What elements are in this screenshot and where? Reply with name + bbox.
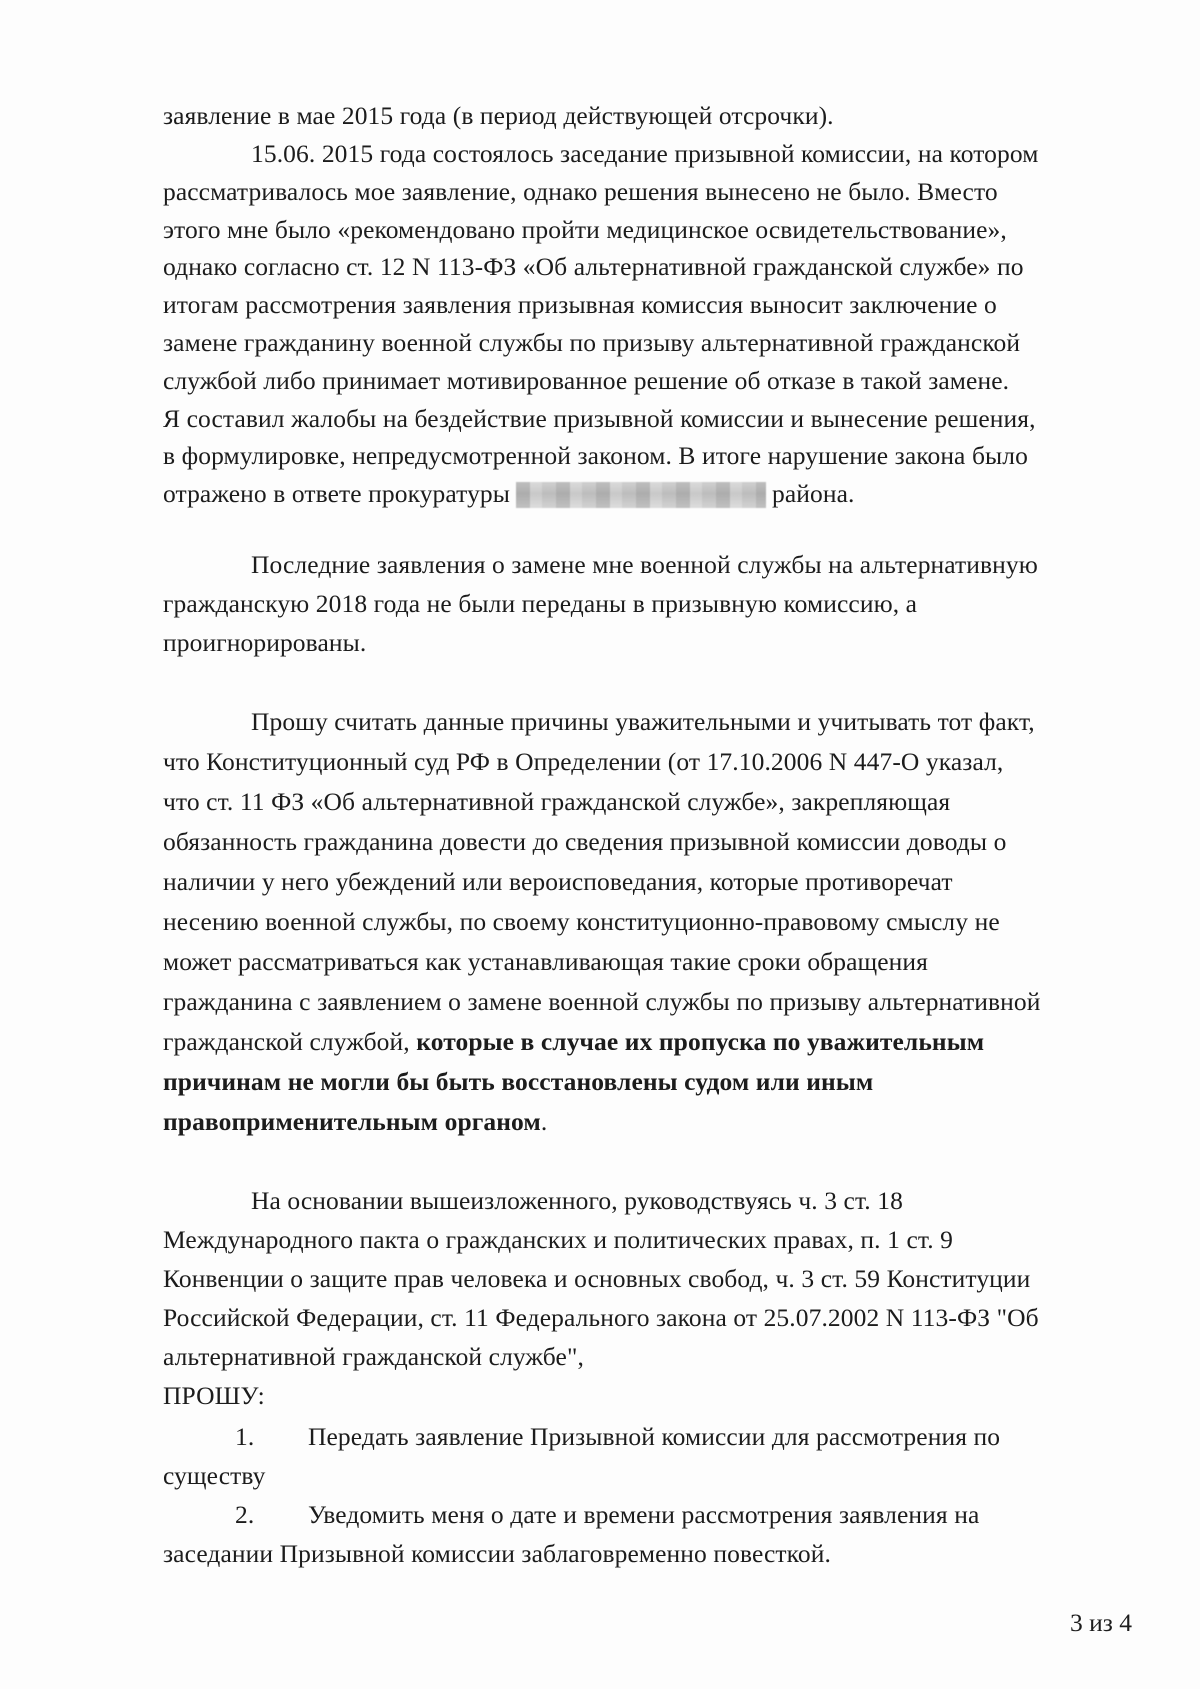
list-number: 1.: [235, 1417, 254, 1456]
text-fragment: отражено в ответе прокуратуры: [163, 479, 510, 508]
text-line: гражданина с заявлением о замене военной…: [163, 982, 1163, 1022]
text-line: этого мне было «рекомендовано пройти мед…: [163, 211, 1163, 249]
text-line: замене гражданину военной службы по приз…: [163, 324, 1163, 362]
text-line: однако согласно ст. 12 N 113-ФЗ «Об альт…: [163, 248, 1163, 286]
text-line: Последние заявления о замене мне военной…: [163, 545, 1163, 584]
list-number: 2.: [235, 1495, 254, 1534]
text-line: в формулировке, непредусмотренной законо…: [163, 437, 1163, 475]
text-line: На основании вышеизложенного, руководств…: [163, 1181, 1163, 1220]
list-item-text: Уведомить меня о дате и времени рассмотр…: [308, 1495, 979, 1534]
list-item-text: Передать заявление Призывной комиссии дл…: [308, 1417, 1000, 1456]
text-line: гражданскую 2018 года не были переданы в…: [163, 584, 1163, 623]
document-page: заявление в мае 2015 года (в период дейс…: [0, 0, 1200, 1689]
paragraph-hearing: заявление в мае 2015 года (в период дейс…: [163, 96, 1163, 513]
list-item-continuation: существу: [163, 1456, 1163, 1495]
text-line: Я составил жалобы на бездействие призывн…: [163, 400, 1163, 438]
text-line: рассматривалось мое заявление, однако ре…: [163, 173, 1163, 211]
text-line: проигнорированы.: [163, 623, 1163, 662]
text-line: наличии у него убеждений или вероисповед…: [163, 862, 1163, 902]
text-line-mixed: гражданской службой, которые в случае их…: [163, 1022, 1163, 1062]
text-line: может рассматриваться как устанавливающа…: [163, 942, 1163, 982]
list-item-continuation: заседании Призывной комиссии заблаговрем…: [163, 1534, 1163, 1573]
paragraph-legal-basis: На основании вышеизложенного, руководств…: [163, 1181, 1163, 1415]
text-line: обязанность гражданина довести до сведен…: [163, 822, 1163, 862]
text-line: заявление в мае 2015 года (в период дейс…: [163, 96, 1163, 135]
redacted-district-blur: [516, 482, 766, 508]
text-line: Российской Федерации, ст. 11 Федеральног…: [163, 1298, 1163, 1337]
text-line: альтернативной гражданской службе",: [163, 1337, 1163, 1376]
text-line: что Конституционный суд РФ в Определении…: [163, 742, 1163, 782]
text-line: 15.06. 2015 года состоялось заседание пр…: [163, 135, 1163, 173]
list-item-2: 2. Уведомить меня о дате и времени рассм…: [163, 1495, 1163, 1534]
text-line: итогам рассмотрения заявления призывная …: [163, 286, 1163, 324]
bold-emphasis: которые в случае их пропуска по уважител…: [416, 1027, 984, 1056]
text-line-mixed: правоприменительным органом.: [163, 1102, 1163, 1142]
text-line: службой либо принимает мотивированное ре…: [163, 362, 1163, 400]
text-line-with-redaction: отражено в ответе прокуратурырайона.: [163, 475, 1163, 513]
request-heading: ПРОШУ:: [163, 1376, 1163, 1415]
request-list: 1. Передать заявление Призывной комиссии…: [163, 1417, 1163, 1573]
bold-emphasis-line: причинам не могли бы быть восстановлены …: [163, 1062, 1163, 1102]
text-line: Конвенции о защите прав человека и основ…: [163, 1259, 1163, 1298]
bold-emphasis: правоприменительным органом: [163, 1107, 541, 1136]
text-fragment: .: [541, 1107, 547, 1136]
text-line: Международного пакта о гражданских и пол…: [163, 1220, 1163, 1259]
text-line: несению военной службы, по своему консти…: [163, 902, 1163, 942]
text-fragment: гражданской службой,: [163, 1027, 416, 1056]
list-item-1: 1. Передать заявление Призывной комиссии…: [163, 1417, 1163, 1456]
text-line: что ст. 11 ФЗ «Об альтернативной граждан…: [163, 782, 1163, 822]
page-number: 3 из 4: [1070, 1603, 1132, 1642]
text-line: Прошу считать данные причины уважительны…: [163, 702, 1163, 742]
paragraph-request-reasons: Прошу считать данные причины уважительны…: [163, 702, 1163, 1142]
paragraph-last-applications: Последние заявления о замене мне военной…: [163, 545, 1163, 662]
text-fragment: района.: [772, 479, 855, 508]
